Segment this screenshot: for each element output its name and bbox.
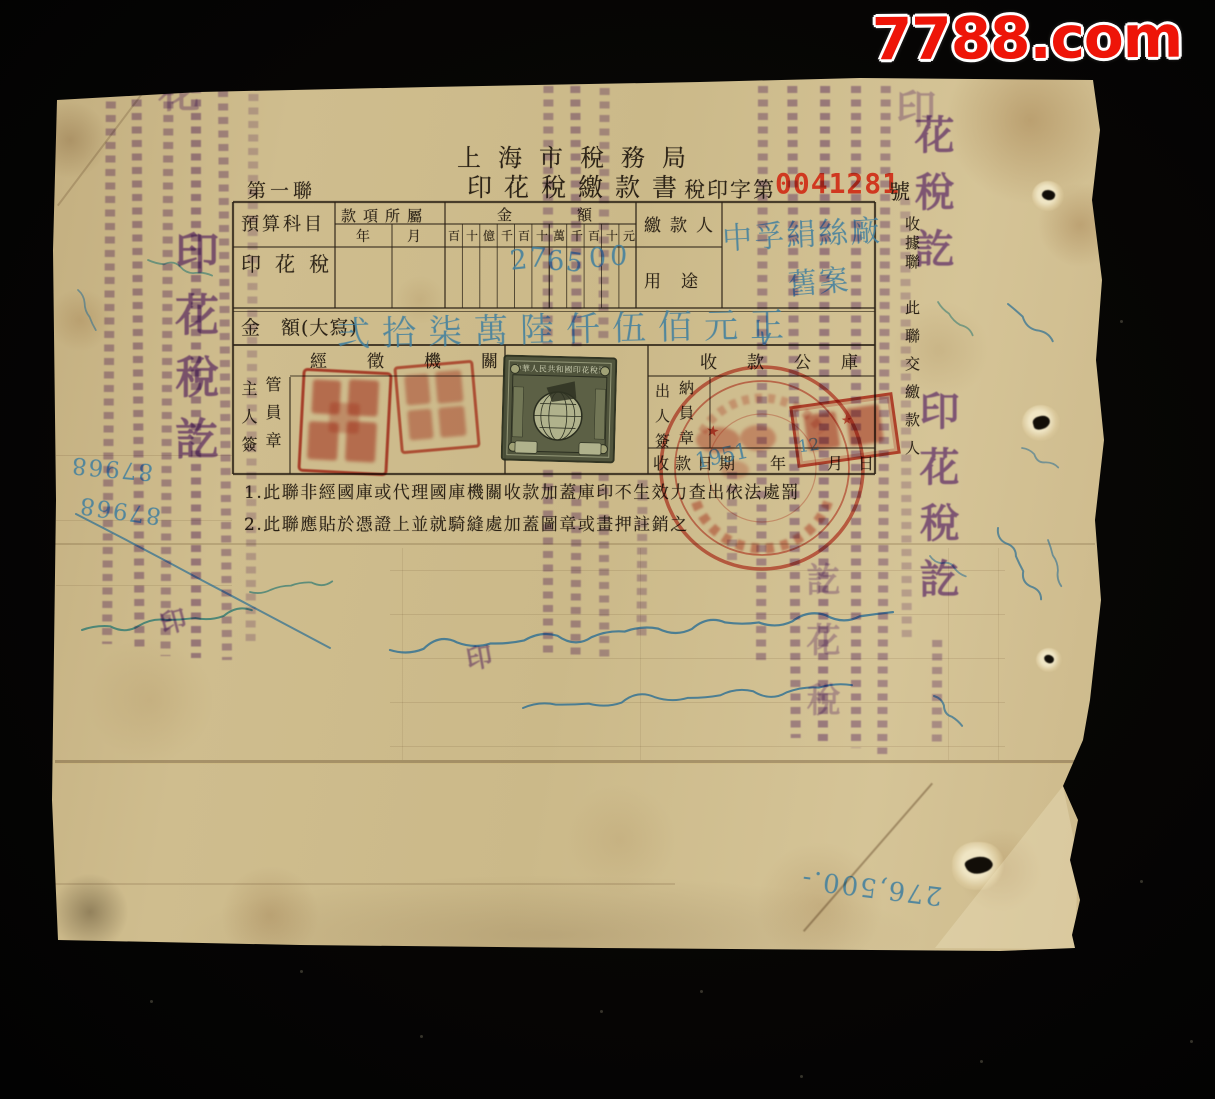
stamp-tax-paid-mark-right-top: 花稅訖 bbox=[903, 114, 960, 285]
dust-speck bbox=[1120, 320, 1123, 323]
handwritten-scribble bbox=[1048, 540, 1061, 586]
stamp-tax-paid-mark-right-mid: 印花稅訖 bbox=[908, 390, 965, 614]
dust-speck bbox=[1190, 1040, 1193, 1043]
handwritten-scribble bbox=[250, 581, 332, 593]
purple-chain-stamp bbox=[851, 86, 861, 748]
document-paper: 上海市稅務局 第一聯 印花稅繳款書 稅印字第 0041281 號 預算科目 印花… bbox=[0, 0, 1215, 1099]
handwritten-scribble bbox=[78, 290, 96, 330]
handwritten-scribble bbox=[938, 302, 973, 335]
purple-chain-stamp bbox=[570, 86, 581, 346]
purple-chain-stamp bbox=[756, 86, 768, 662]
stamp-tax-paid-mark-lower-faint: 訖花稅 bbox=[796, 562, 845, 742]
red-square-seal-small bbox=[393, 360, 480, 455]
purple-chain-stamp bbox=[636, 480, 647, 642]
dust-speck bbox=[1140, 880, 1143, 883]
purple-partial-char: 花 bbox=[158, 60, 200, 120]
red-star-mark: ★ bbox=[705, 421, 721, 441]
handwritten-scribble bbox=[1022, 448, 1058, 468]
handwritten-scribble bbox=[998, 528, 1041, 599]
purple-chain-stamp bbox=[543, 86, 554, 344]
dust-speck bbox=[150, 1000, 153, 1003]
stamp-tax-paid-mark-left: 印花稅訖 bbox=[160, 230, 224, 478]
revenue-stamp: 中華人民共和國印花稅票 bbox=[501, 355, 618, 464]
purple-partial-char: 印 bbox=[896, 78, 936, 135]
photo-stage: 上海市稅務局 第一聯 印花稅繳款書 稅印字第 0041281 號 預算科目 印花… bbox=[0, 0, 1215, 1099]
purple-chain-stamp bbox=[543, 470, 553, 656]
purple-chain-stamp bbox=[727, 472, 737, 564]
handwritten-scribble bbox=[1008, 304, 1053, 341]
dust-speck bbox=[420, 1035, 423, 1038]
purple-chain-stamp bbox=[932, 640, 942, 744]
dust-speck bbox=[800, 1075, 803, 1078]
dust-speck bbox=[600, 1010, 603, 1013]
dust-speck bbox=[700, 990, 703, 993]
purple-chain-stamp bbox=[598, 88, 609, 344]
dust-speck bbox=[300, 970, 303, 973]
purple-chain-stamp bbox=[599, 474, 610, 660]
purple-chain-stamp bbox=[571, 472, 582, 658]
dust-speck bbox=[980, 1060, 983, 1063]
watermark-logo: 7788.com bbox=[872, 3, 1183, 74]
red-square-seal-large bbox=[297, 368, 392, 477]
